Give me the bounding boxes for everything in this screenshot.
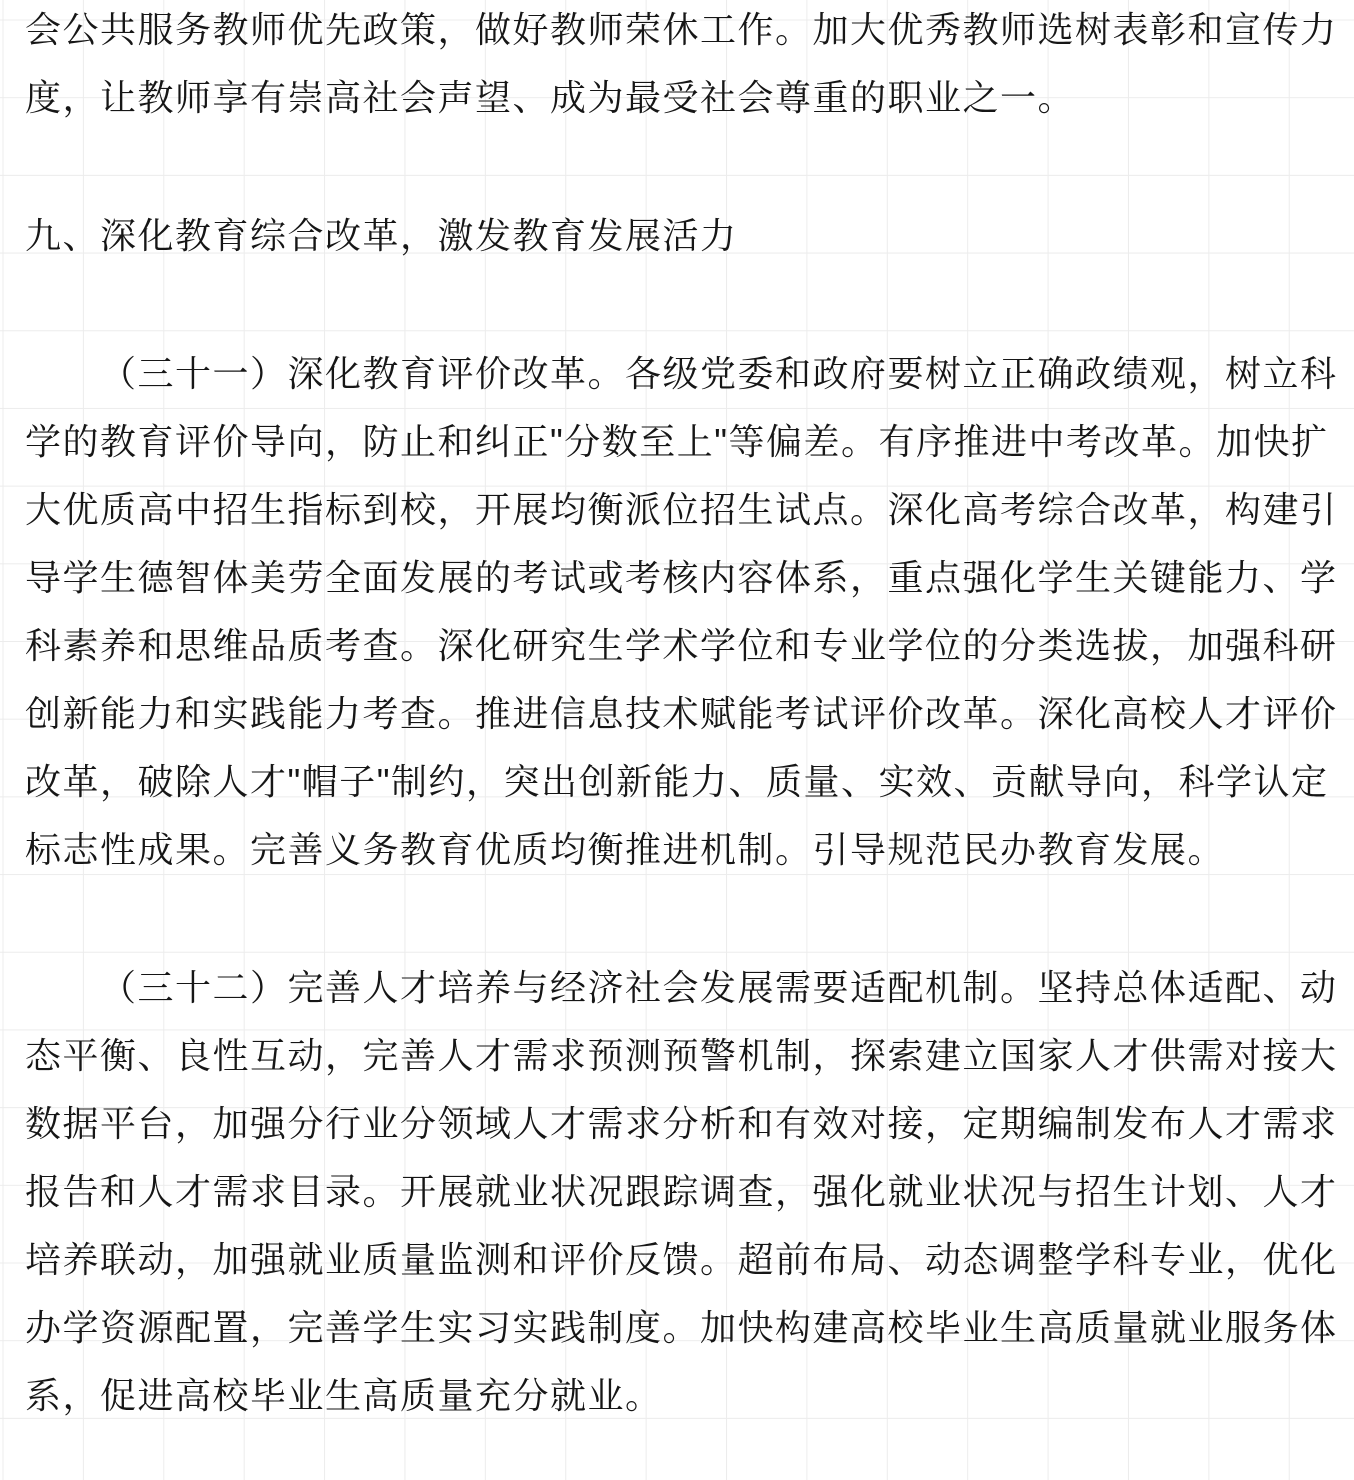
paragraph-continuation: 会公共服务教师优先政策，做好教师荣休工作。加大优秀教师选树表彰和宣传力度，让教师… xyxy=(25,0,1354,132)
section-heading: 九、深化教育综合改革，激发教育发展活力 xyxy=(25,202,1354,270)
paragraph-item-31: （三十一）深化教育评价改革。各级党委和政府要树立正确政绩观，树立科学的教育评价导… xyxy=(25,340,1354,884)
paragraph-item-32: （三十二）完善人才培养与经济社会发展需要适配机制。坚持总体适配、动态平衡、良性互… xyxy=(25,954,1354,1430)
document-page: 会公共服务教师优先政策，做好教师荣休工作。加大优秀教师选树表彰和宣传力度，让教师… xyxy=(0,0,1354,1430)
